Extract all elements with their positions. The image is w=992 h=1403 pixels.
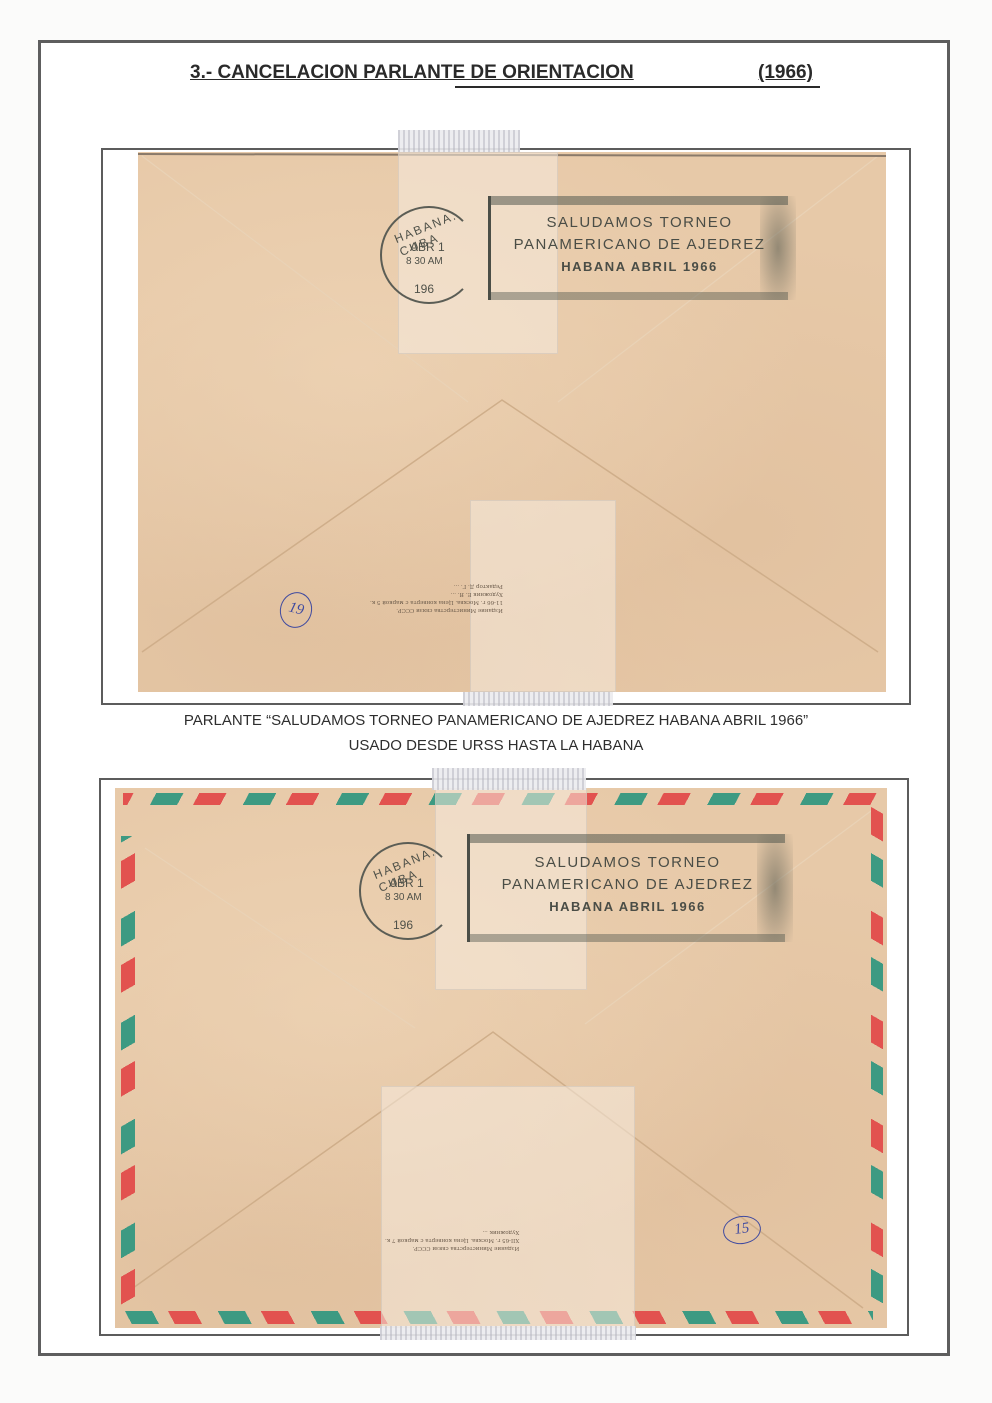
slogan-line-1: SALUDAMOS TORNEO xyxy=(491,212,788,234)
cover-1-postmark: HABANA. CUBA ABR 1 8 30 AM 196 xyxy=(380,204,490,314)
slogan-line-3: HABANA ABRIL 1966 xyxy=(491,256,788,278)
title-underline xyxy=(455,86,820,88)
cover-1-slogan-cancel: SALUDAMOS TORNEO PANAMERICANO DE AJEDREZ… xyxy=(488,196,788,300)
imprint-line: XII-65 г. Москва. Цена конверта с маркой… xyxy=(385,1236,519,1244)
cover-1-caption-line-2: USADO DESDE URSS HASTA LA HABANA xyxy=(0,737,992,754)
page-year: (1966) xyxy=(758,62,813,84)
postmark-year: 196 xyxy=(414,282,434,296)
cover-1-printer-imprint: Издание Министерства связи СССР. 11-66 г… xyxy=(370,582,503,614)
airmail-border-left xyxy=(121,836,135,1308)
hinge-strip-top-1 xyxy=(398,130,520,152)
cover-1-envelope[interactable]: HABANA. CUBA ABR 1 8 30 AM 196 SALUDAMOS… xyxy=(138,152,886,692)
imprint-line: 11-66 г. Москва. Цена конверта с маркой … xyxy=(370,598,503,606)
cover-2-postmark: HABANA. CUBA ABR 1 8 30 AM 196 xyxy=(359,840,469,950)
imprint-line: Художник Е. Я. ... xyxy=(370,590,503,598)
imprint-line: Художник ... xyxy=(385,1228,519,1236)
slogan-line-3: HABANA ABRIL 1966 xyxy=(470,896,785,918)
postmark-time: 8 30 AM xyxy=(406,256,443,267)
postmark-time: 8 30 AM xyxy=(385,892,422,903)
page-title: 3.- CANCELACION PARLANTE DE ORIENTACION xyxy=(190,62,634,84)
imprint-line: Редактор Д. Г. ... xyxy=(370,582,503,590)
imprint-line: Издание Министерства связи СССР. xyxy=(370,606,503,614)
ink-smudge xyxy=(760,196,796,300)
cover-2-slogan-cancel: SALUDAMOS TORNEO PANAMERICANO DE AJEDREZ… xyxy=(467,834,785,942)
cover-1-caption-line-1: PARLANTE “SALUDAMOS TORNEO PANAMERICANO … xyxy=(0,712,992,729)
slogan-line-2: PANAMERICANO DE AJEDREZ xyxy=(470,874,785,896)
slogan-line-1: SALUDAMOS TORNEO xyxy=(470,852,785,874)
airmail-border-right xyxy=(871,798,883,1308)
postmark-date: ABR 1 xyxy=(410,240,445,254)
hinge-strip-bottom-2 xyxy=(380,1326,636,1340)
cover-2-printer-imprint: Издание Министерства связи СССР. XII-65 … xyxy=(385,1228,519,1252)
slogan-line-2: PANAMERICANO DE AJEDREZ xyxy=(491,234,788,256)
postmark-year: 196 xyxy=(393,918,413,932)
hinge-strip-bottom-1 xyxy=(463,692,613,706)
postmark-date: ABR 1 xyxy=(389,876,424,890)
ink-smudge xyxy=(757,834,793,942)
hinge-strip-top-2 xyxy=(432,768,586,790)
stamp-hinge-bottom xyxy=(381,1086,635,1328)
imprint-line: Издание Министерства связи СССР. xyxy=(385,1244,519,1252)
cover-2-envelope[interactable]: HABANA. CUBA ABR 1 8 30 AM 196 SALUDAMOS… xyxy=(115,788,887,1328)
